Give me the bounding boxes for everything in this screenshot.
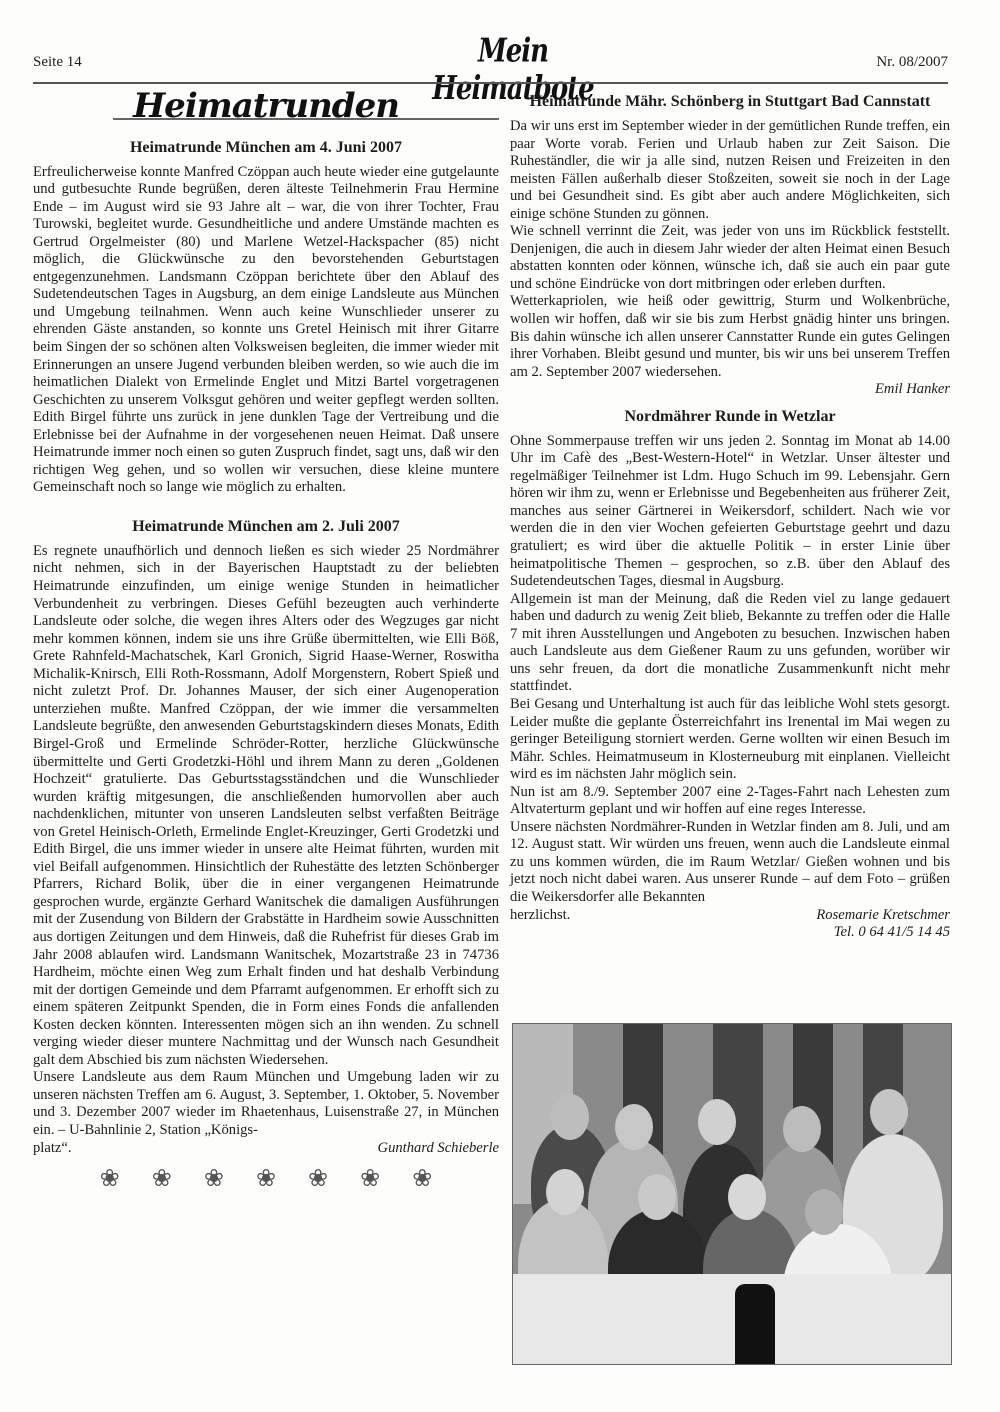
article-body: Wie schnell verrinnt die Zeit, was jeder…: [510, 223, 950, 293]
author-signature: Emil Hanker: [510, 381, 950, 399]
article-body: Es regnete unaufhörlich und dennoch ließ…: [33, 543, 499, 1069]
person-head: [551, 1094, 589, 1140]
author-phone: Tel. 0 64 41/5 14 45: [510, 924, 950, 942]
person-head: [783, 1106, 821, 1152]
article-title: Heimatrunde München am 4. Juni 2007: [33, 138, 499, 158]
article-body: Allgemein ist man der Meinung, daß die R…: [510, 591, 950, 696]
flower-icon: ❀: [152, 1171, 172, 1189]
article-title: Heimatrunde München am 2. Juli 2007: [33, 517, 499, 537]
author-signature: Rosemarie Kretschmer: [816, 907, 950, 925]
header-divider: [33, 82, 948, 84]
person-head: [698, 1099, 736, 1145]
article-body: Ohne Sommerpause treffen wir uns jeden 2…: [510, 433, 950, 591]
page-header: Seite 14 Mein Heimatbote Nr. 08/2007: [33, 40, 948, 80]
flower-icon: ❀: [204, 1171, 224, 1189]
person-head: [870, 1089, 908, 1135]
person-head: [615, 1104, 653, 1150]
article-body: Unsere Landsleute aus dem Raum München u…: [33, 1069, 499, 1139]
flower-icon: ❀: [100, 1171, 120, 1189]
article-body: Bei Gesang und Unterhaltung ist auch für…: [510, 696, 950, 784]
right-column: Heimatrunde Mähr. Schönberg in Stuttgart…: [510, 90, 950, 942]
article-body: Da wir uns erst im September wieder in d…: [510, 118, 950, 223]
article-title: Nordmährer Runde in Wetzlar: [510, 407, 950, 427]
person-head: [546, 1169, 584, 1215]
person-head: [728, 1174, 766, 1220]
person-head: [805, 1189, 843, 1235]
issue-number: Nr. 08/2007: [876, 54, 948, 71]
article-body: Unsere nächsten Nordmährer-Runden in Wet…: [510, 819, 950, 907]
photo-table: [513, 1274, 951, 1364]
article-body-end: herzlichst.: [510, 907, 570, 925]
group-photo: [512, 1023, 952, 1365]
flower-icon: ❀: [360, 1171, 380, 1189]
person-head: [638, 1174, 676, 1220]
section-title: Heimatrunden: [33, 98, 499, 116]
author-signature: Gunthard Schieberle: [378, 1140, 499, 1158]
page-number: Seite 14: [33, 54, 82, 71]
flower-icon: ❀: [412, 1171, 432, 1189]
thermos-jug: [735, 1284, 775, 1364]
article-body: Nun ist am 8./9. September 2007 eine 2-T…: [510, 784, 950, 819]
signature-line: herzlichst. Rosemarie Kretschmer: [510, 907, 950, 925]
left-column: Heimatrunden Heimatrunde München am 4. J…: [33, 90, 499, 1189]
flower-ornament-row: ❀ ❀ ❀ ❀ ❀ ❀ ❀: [33, 1171, 499, 1189]
signature-line: platz“. Gunthard Schieberle: [33, 1140, 499, 1158]
article-title: Heimatrunde Mähr. Schönberg in Stuttgart…: [510, 92, 950, 112]
flower-icon: ❀: [256, 1171, 276, 1189]
article-body: Erfreulicherweise konnte Manfred Czöppan…: [33, 164, 499, 497]
flower-icon: ❀: [308, 1171, 328, 1189]
article-body-end: platz“.: [33, 1140, 72, 1158]
article-body: Wetterkapriolen, wie heiß oder gewittrig…: [510, 293, 950, 381]
